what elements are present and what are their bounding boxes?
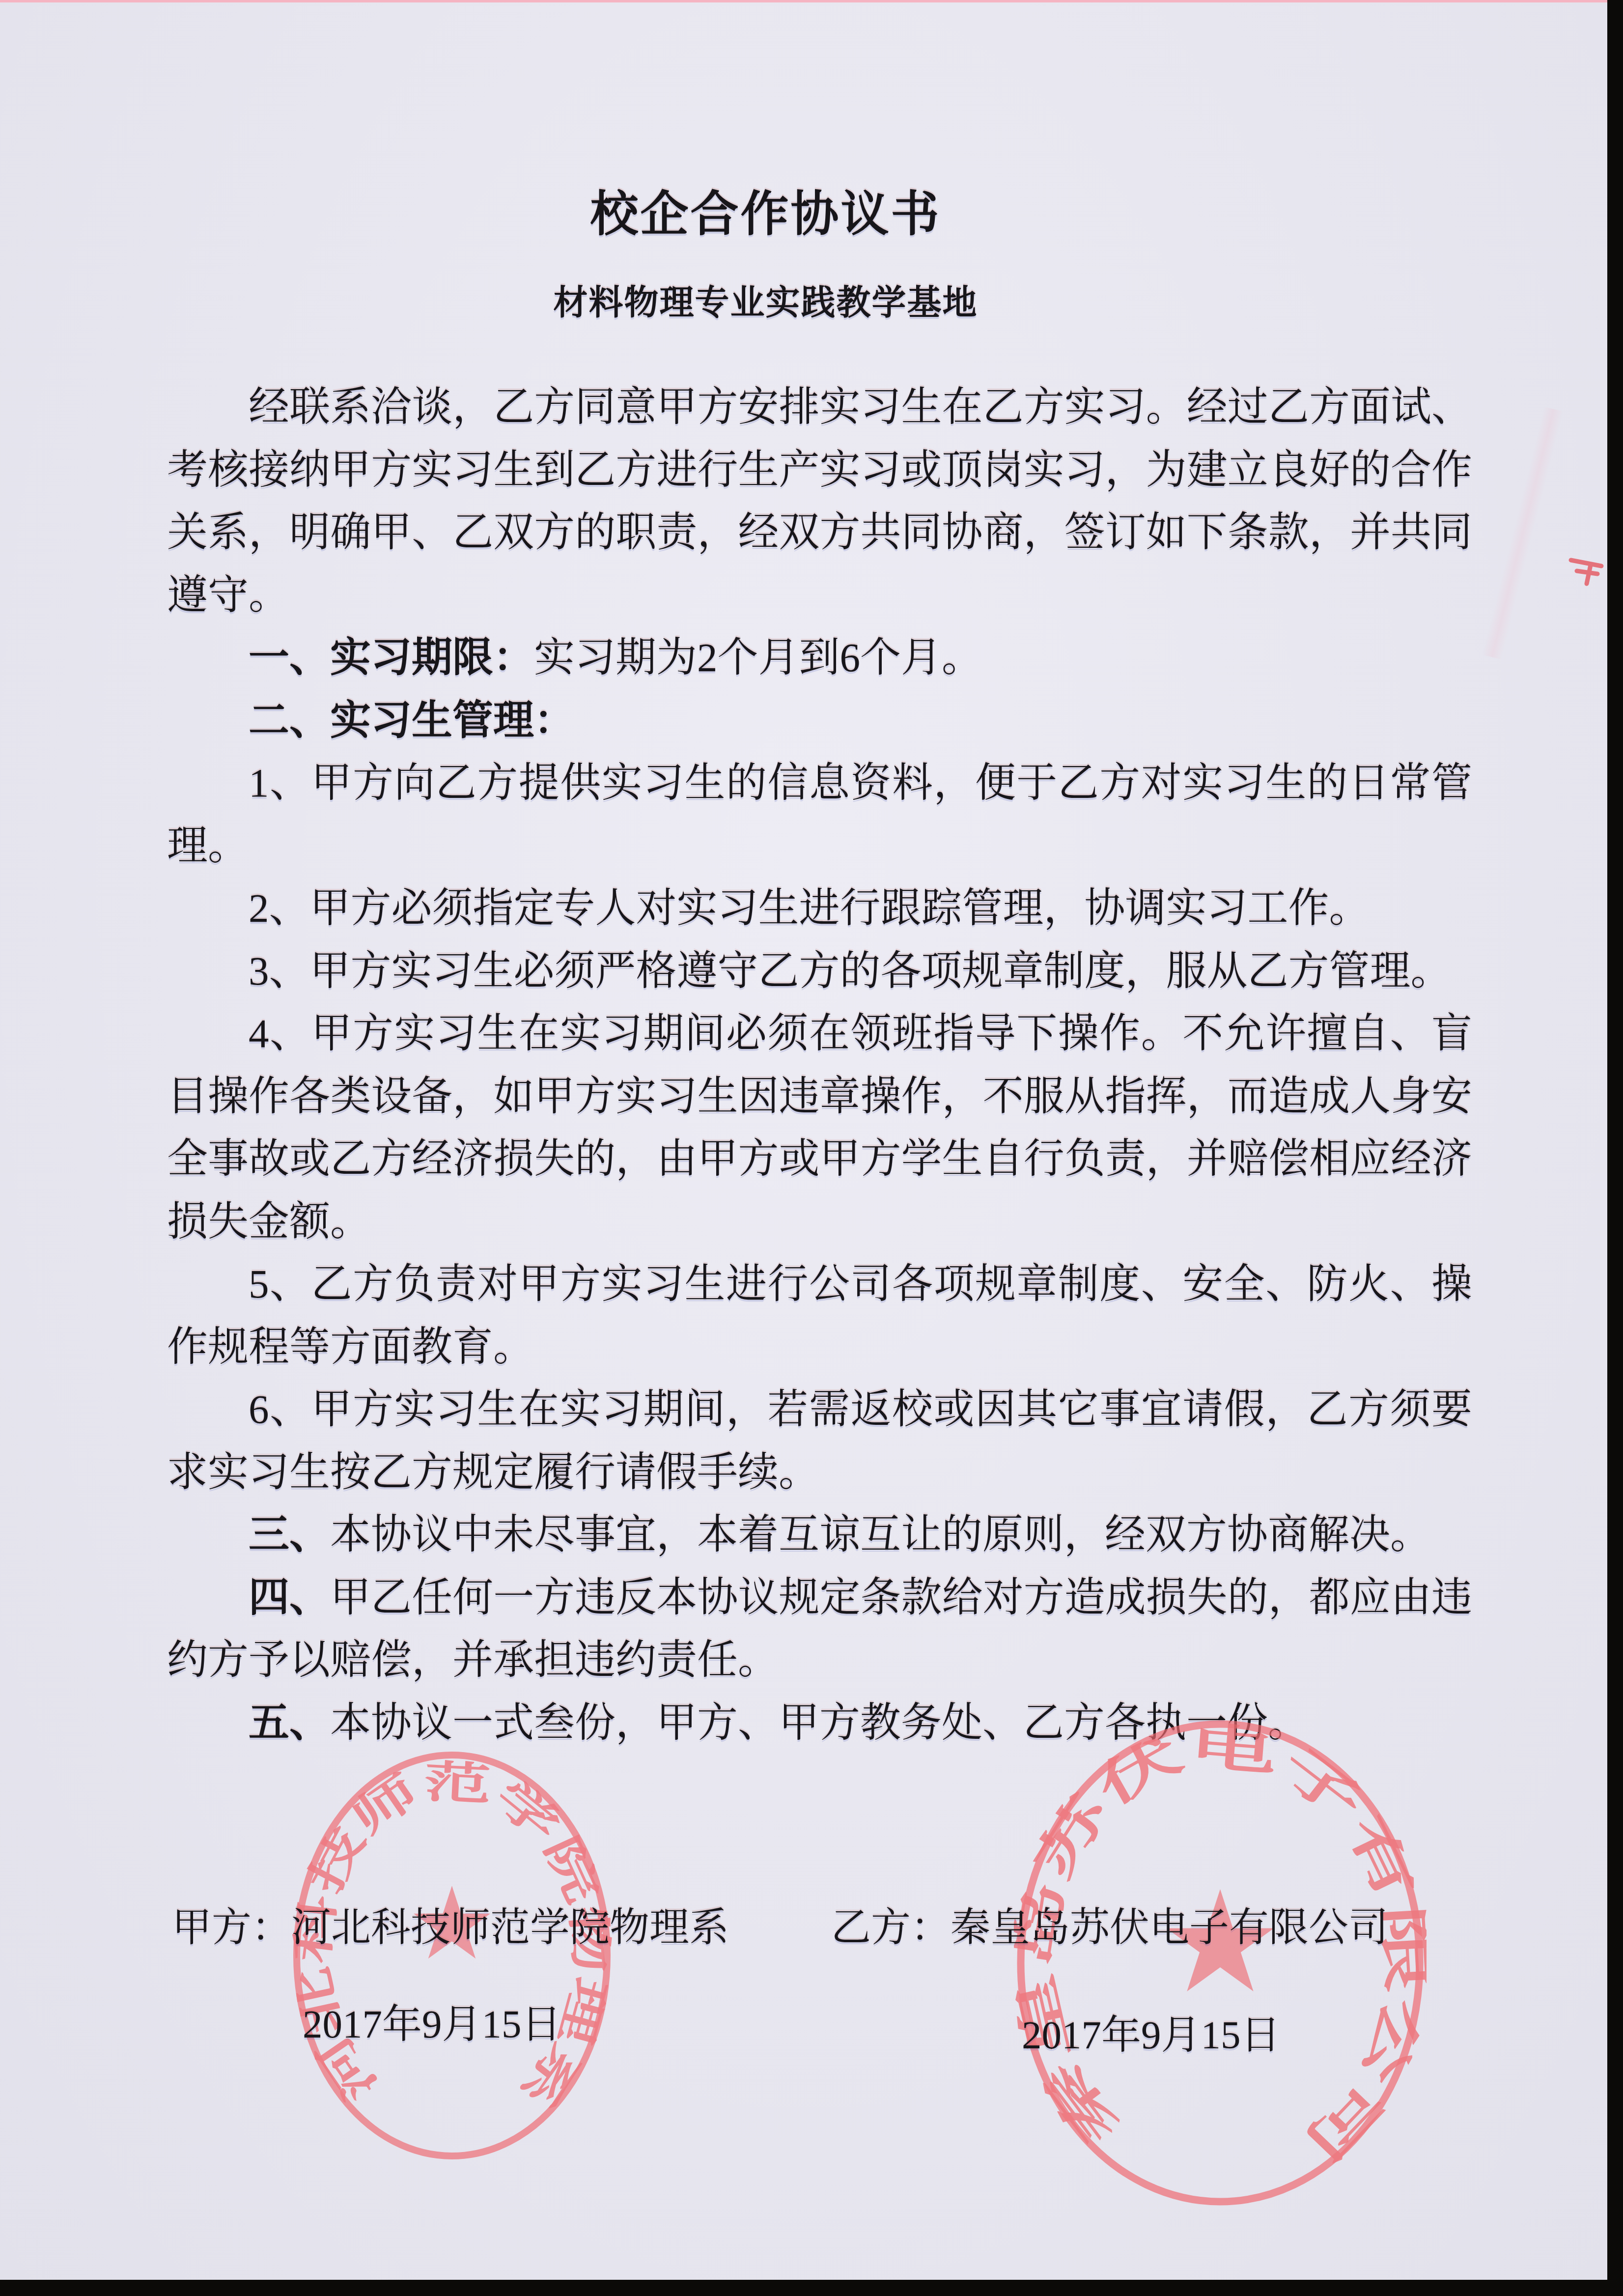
clause-text: 1、甲方向乙方提供实习生的信息资料，便于乙方对实习生的日常管理。 xyxy=(167,760,1472,868)
clause-number: 一、实习期限： xyxy=(249,635,534,680)
clause-paragraph: 四、甲乙任何一方违反本协议规定条款给对方造成损失的，都应由违约方予以赔偿，并承担… xyxy=(167,1566,1472,1692)
party-b-signature-line: 乙方：秦皇岛苏伏电子有限公司 xyxy=(831,1896,1388,1953)
clause-number: 五、 xyxy=(249,1700,330,1745)
clause-paragraph: 5、乙方负责对甲方实习生进行公司各项规章制度、安全、防火、操作规程等方面教育。 xyxy=(167,1253,1472,1378)
clause-text: 本协议中未尽事宜，本着互谅互让的原则，经双方协商解决。 xyxy=(330,1512,1431,1557)
clause-paragraph: 二、实习生管理： xyxy=(167,689,1472,752)
clause-text: 实习期为2个月到6个月。 xyxy=(534,635,982,680)
clause-paragraph: 1、甲方向乙方提供实习生的信息资料，便于乙方对实习生的日常管理。 xyxy=(167,752,1472,877)
scan-edge-top xyxy=(0,0,1607,2)
clause-text: 4、甲方实习生在实习期间必须在领班指导下操作。不允许擅自、盲目操作各类设备，如甲… xyxy=(167,1011,1472,1244)
clause-paragraph: 6、甲方实习生在实习期间，若需返校或因其它事宜请假，乙方须要求实习生按乙方规定履… xyxy=(167,1378,1472,1503)
clause-list: 一、实习期限：实习期为2个月到6个月。 二、实习生管理： 1、甲方向乙方提供实习… xyxy=(167,626,1472,1754)
clause-paragraph: 3、甲方实习生必须严格遵守乙方的各项规章制度，服从乙方管理。 xyxy=(167,940,1472,1003)
party-a-seal-stamp: 河北科技师范学院物理系 xyxy=(290,1749,614,2162)
clause-text: 3、甲方实习生必须严格遵守乙方的各项规章制度，服从乙方管理。 xyxy=(249,948,1452,993)
scan-edge-right xyxy=(1607,0,1623,2296)
heading-block: 校企合作协议书 材料物理专业实践教学基地 xyxy=(113,179,1418,330)
scan-edge-bottom xyxy=(0,2280,1623,2296)
clause-paragraph: 一、实习期限：实习期为2个月到6个月。 xyxy=(167,626,1472,689)
clause-text: 2、甲方必须指定专人对实习生进行跟踪管理，协调实习工作。 xyxy=(249,885,1370,931)
party-b-seal-ink: 秦皇岛苏伏电子有限公司 xyxy=(1014,1718,1427,2202)
paper-sheet: 校企合作协议书 材料物理专业实践教学基地 经联系洽谈，乙方同意甲方安排实习生在乙… xyxy=(0,2,1607,2280)
document-title: 校企合作协议书 xyxy=(113,179,1418,248)
scan-red-mark-artifact xyxy=(1567,545,1611,595)
agreement-body: 经联系洽谈，乙方同意甲方安排实习生在乙方实习。经过乙方面试、考核接纳甲方实习生到… xyxy=(167,376,1472,1754)
intro-paragraph: 经联系洽谈，乙方同意甲方安排实习生在乙方实习。经过乙方面试、考核接纳甲方实习生到… xyxy=(167,376,1472,626)
clause-number: 三、 xyxy=(249,1512,330,1557)
party-a-signature-line: 甲方：河北科技师范学院物理系 xyxy=(172,1896,729,1953)
party-b-date: 2017年9月15日 xyxy=(1022,2003,1281,2060)
scanned-document: 校企合作协议书 材料物理专业实践教学基地 经联系洽谈，乙方同意甲方安排实习生在乙… xyxy=(0,0,1623,2296)
clause-paragraph: 2、甲方必须指定专人对实习生进行跟踪管理，协调实习工作。 xyxy=(167,877,1472,940)
clause-number: 二、实习生管理： xyxy=(249,698,575,743)
party-a-seal-ink: 河北科技师范学院物理系 xyxy=(290,1755,614,2156)
party-a-date: 2017年9月15日 xyxy=(303,1992,561,2049)
party-b-seal-stamp: 秦皇岛苏伏电子有限公司 xyxy=(1014,1717,1427,2209)
clause-text: 甲乙任何一方违反本协议规定条款给对方造成损失的，都应由违约方予以赔偿，并承担违约… xyxy=(167,1575,1472,1683)
document-subtitle: 材料物理专业实践教学基地 xyxy=(113,276,1418,330)
clause-paragraph: 三、本协议中未尽事宜，本着互谅互让的原则，经双方协商解决。 xyxy=(167,1503,1472,1566)
scan-crease-artifact xyxy=(1483,407,1564,659)
clause-text: 6、甲方实习生在实习期间，若需返校或因其它事宜请假，乙方须要求实习生按乙方规定履… xyxy=(167,1387,1472,1495)
clause-number: 四、 xyxy=(249,1575,330,1620)
clause-text: 5、乙方负责对甲方实习生进行公司各项规章制度、安全、防火、操作规程等方面教育。 xyxy=(167,1261,1472,1369)
clause-paragraph: 4、甲方实习生在实习期间必须在领班指导下操作。不允许擅自、盲目操作各类设备，如甲… xyxy=(167,1002,1472,1253)
